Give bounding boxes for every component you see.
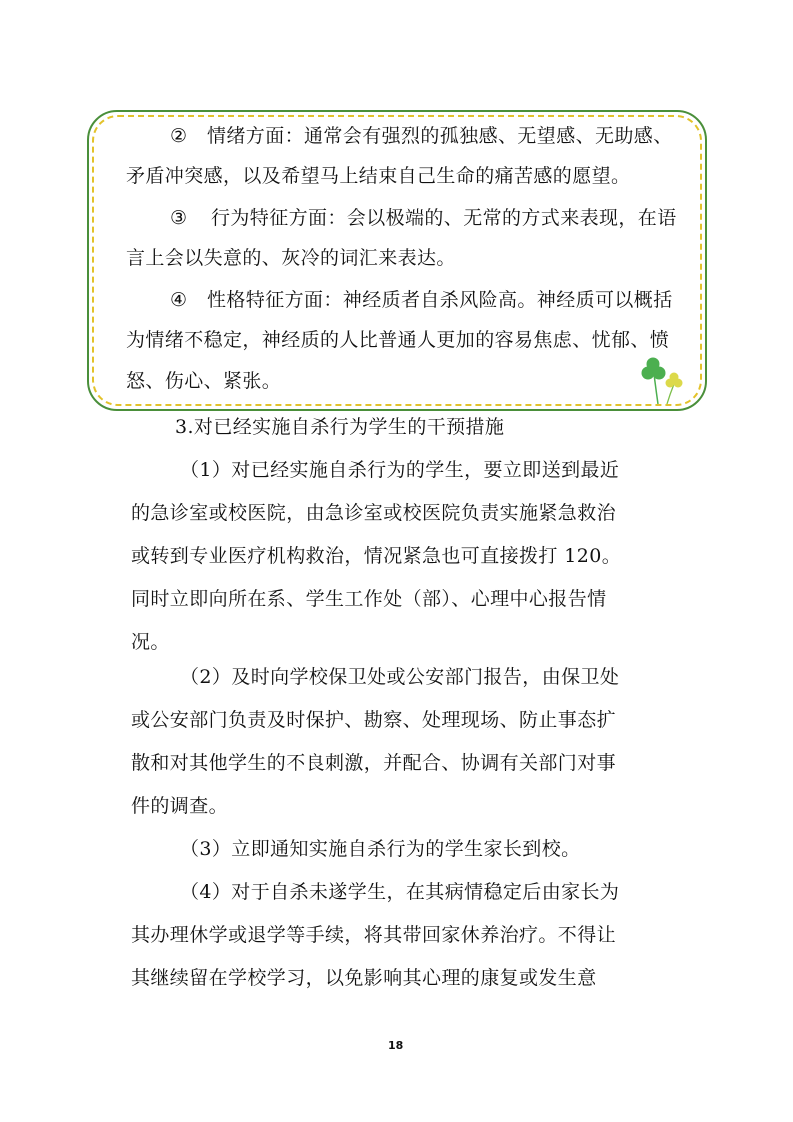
callout-marker-2: ②	[170, 125, 187, 147]
callout-marker-4: ④	[170, 289, 187, 311]
page-number: 18	[388, 1039, 403, 1052]
paragraph-line: 散和对其他学生的不良刺激，并配合、协调有关部门对事	[131, 752, 616, 774]
paragraph-line: 同时立即向所在系、学生工作处（部）、心理中心报告情	[131, 588, 607, 610]
callout-marker-3: ③	[170, 207, 187, 229]
callout-line: 怒、伤心、紧张。	[126, 370, 281, 392]
paragraph-line: （3）立即通知实施自杀行为的学生家长到校。	[180, 838, 581, 860]
clover-icon	[630, 356, 690, 406]
callout-line: 矛盾冲突感，以及希望马上结束自己生命的痛苦感的愿望。	[126, 165, 630, 187]
paragraph-line: （2）及时向学校保卫处或公安部门报告，由保卫处	[180, 666, 619, 688]
callout-line: 情绪方面：通常会有强烈的孤独感、无望感、无助感、	[207, 125, 673, 147]
paragraph-line: 件的调查。	[131, 795, 228, 817]
paragraph-line: 或公安部门负责及时保护、勘察、处理现场、防止事态扩	[131, 709, 616, 731]
paragraph-line: 的急诊室或校医院，由急诊室或校医院负责实施紧急救治	[131, 502, 616, 524]
paragraph-line: 其办理休学或退学等手续，将其带回家休养治疗。不得让	[131, 924, 616, 946]
paragraph-line: （1）对已经实施自杀行为的学生，要立即送到最近	[180, 459, 619, 481]
document-page: ② 情绪方面：通常会有强烈的孤独感、无望感、无助感、 矛盾冲突感，以及希望马上结…	[0, 0, 793, 1122]
paragraph-line: 其继续留在学校学习，以免影响其心理的康复或发生意	[131, 967, 597, 989]
paragraph-line: 况。	[131, 631, 170, 653]
section-heading: 3.对已经实施自杀行为学生的干预措施	[175, 416, 504, 438]
paragraph-line: 或转到专业医疗机构救治，情况紧急也可直接拨打 120。	[131, 545, 621, 567]
callout-line: 为情绪不稳定，神经质的人比普通人更加的容易焦虑、忧郁、愤	[126, 329, 669, 351]
paragraph-line: （4）对于自杀未遂学生，在其病情稳定后由家长为	[180, 881, 619, 903]
callout-line: 行为特征方面：会以极端的、无常的方式来表现，在语	[211, 207, 677, 229]
callout-line: 言上会以失意的、灰冷的词汇来表达。	[126, 247, 456, 269]
callout-line: 性格特征方面：神经质者自杀风险高。神经质可以概括	[207, 289, 673, 311]
